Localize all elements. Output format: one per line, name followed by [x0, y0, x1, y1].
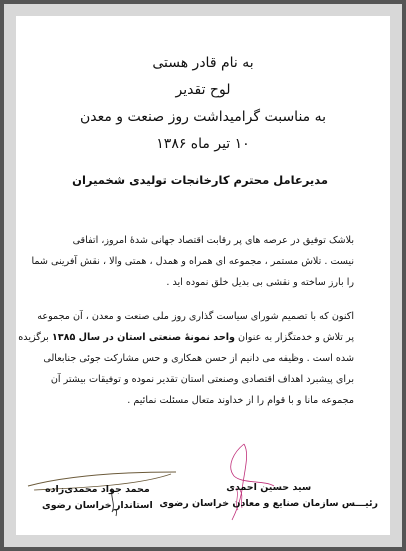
body-line: را بارز ساخته و نقشی بی بدیل خلق نموده ا… [26, 272, 354, 293]
body-text-segment: پر تلاش و خدمتگزار به عنوان [235, 332, 354, 343]
director-name: سید حسین احمدی [159, 480, 378, 496]
paragraph-2: اکنون که با تصمیم شورای سیاست گذاری روز … [26, 306, 354, 411]
body-line: شده است . وظیفه می دانیم از حسن همکاری و… [26, 348, 354, 369]
director-signature-block: سید حسین احمدی رئیـــس سازمان صنایع و مع… [159, 480, 378, 512]
recipient-line: مدیرعامل محترم کارخانجات تولیدی شخمیران [72, 173, 328, 187]
body-line: برای پیشبرد اهداف اقتصادی وصنعتی استان ت… [26, 369, 354, 390]
paragraph-1: بلاشک توفیق در عرصه های پر رقابت اقتصاد … [26, 230, 354, 293]
certificate-title: لوح تقدیر [16, 81, 390, 99]
body-line: مجموعه مانا و با قوام را از خداوند متعال… [26, 390, 354, 411]
award-title: واحد نمونهٔ صنعتی استان در سال ۱۳۸۵ [52, 332, 235, 343]
body-line-with-award: پر تلاش و خدمتگزار به عنوان واحد نمونهٔ … [26, 327, 354, 348]
invocation-line: به نام قادر هستی [16, 54, 390, 72]
occasion-line: به مناسبت گرامیداشت روز صنعت و معدن [16, 108, 390, 126]
director-title: رئیـــس سازمان صنایع و معادن خراسان رضوی [159, 496, 378, 512]
governor-title: استاندار خراسان رضوی [42, 498, 153, 514]
certificate-page: به نام قادر هستی لوح تقدیر به مناسبت گرا… [16, 16, 390, 535]
body-line: اکنون که با تصمیم شورای سیاست گذاری روز … [26, 306, 354, 327]
body-line: نیست . تلاش مستمر ، مجموعه ای همراه و هم… [26, 251, 354, 272]
body-text-segment: برگزیده [18, 332, 52, 343]
body-line: بلاشک توفیق در عرصه های پر رقابت اقتصاد … [26, 230, 354, 251]
governor-name: محمد جواد محمدی‌زاده [42, 482, 153, 498]
date-line: ۱۰ تیر ماه ۱۳۸۶ [16, 135, 390, 153]
governor-signature-block: محمد جواد محمدی‌زاده استاندار خراسان رضو… [42, 482, 153, 514]
body-text: بلاشک توفیق در عرصه های پر رقابت اقتصاد … [26, 230, 354, 424]
